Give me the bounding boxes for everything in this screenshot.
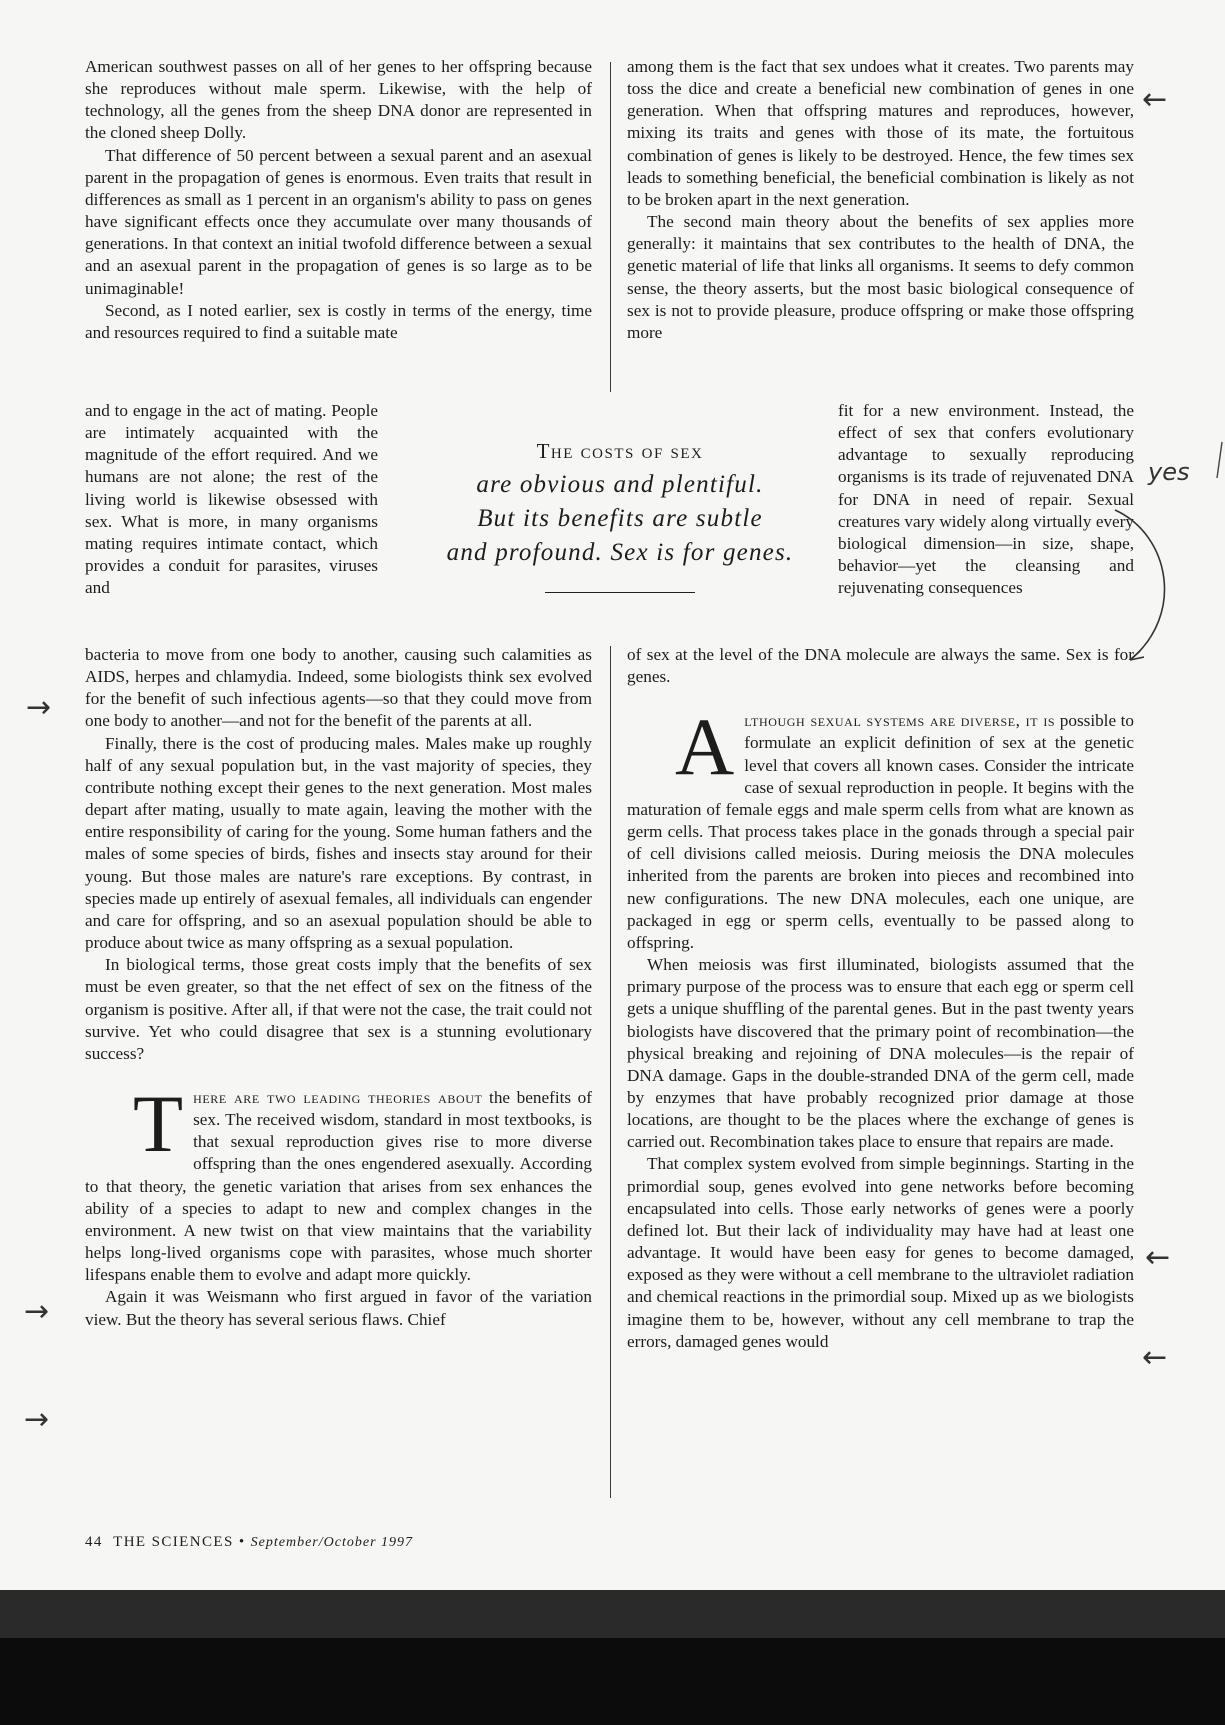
- paragraph: of sex at the level of the DNA molecule …: [627, 644, 1134, 688]
- paragraph: American southwest passes on all of her …: [85, 56, 592, 145]
- pull-quote-line: But its benefits are subtle: [400, 502, 840, 536]
- pull-quote-line: and profound. Sex is for genes.: [400, 536, 840, 570]
- handwritten-arrow-icon: ←: [1142, 1340, 1167, 1375]
- paragraph: Finally, there is the cost of producing …: [85, 733, 592, 955]
- left-column-top: American southwest passes on all of her …: [85, 56, 592, 344]
- pull-quote-rule: [545, 592, 695, 593]
- handwritten-mark-icon: [1214, 440, 1224, 480]
- paragraph: When meiosis was first illuminated, biol…: [627, 954, 1134, 1153]
- section-opening: Although sexual systems are diverse, it …: [627, 710, 1134, 954]
- right-column-wrap: fit for a new environment. Instead, the …: [838, 400, 1134, 599]
- paragraph: In biological terms, those great costs i…: [85, 954, 592, 1065]
- handwritten-arrow-icon: →: [26, 690, 51, 725]
- column-divider: [610, 646, 611, 1498]
- right-column-top: among them is the fact that sex undoes w…: [627, 56, 1134, 344]
- section-lead-smallcaps: lthough sexual systems are diverse, it i…: [744, 711, 1055, 730]
- scanner-edge-band: [0, 1590, 1225, 1638]
- drop-cap: T: [133, 1091, 183, 1157]
- handwritten-curve-arrow-icon: [1110, 505, 1180, 665]
- issue-date: September/October 1997: [251, 1535, 413, 1550]
- magazine-name: THE SCIENCES: [113, 1534, 234, 1550]
- pull-quote: The costs of sex are obvious and plentif…: [400, 434, 840, 593]
- paragraph: among them is the fact that sex undoes w…: [627, 56, 1134, 211]
- section-lead-smallcaps: here are two leading theories about: [193, 1088, 482, 1107]
- paragraph: That complex system evolved from simple …: [627, 1153, 1134, 1352]
- page-footer: 44 THE SCIENCES • September/October 1997: [85, 1534, 413, 1551]
- paragraph: bacteria to move from one body to anothe…: [85, 644, 592, 733]
- left-column-bottom: bacteria to move from one body to anothe…: [85, 644, 592, 1331]
- handwritten-arrow-icon: ←: [1142, 82, 1167, 117]
- section-opening: There are two leading theories about the…: [85, 1087, 592, 1286]
- paragraph-fragment: and to engage in the act of mating. Peop…: [85, 401, 378, 597]
- right-column-bottom: of sex at the level of the DNA molecule …: [627, 644, 1134, 1353]
- pull-quote-line: are obvious and plentiful.: [400, 468, 840, 502]
- paragraph-fragment: fit for a new environment. Instead, the …: [838, 401, 1134, 597]
- paragraph: That difference of 50 percent between a …: [85, 145, 592, 300]
- handwritten-arrow-icon: ←: [1145, 1240, 1170, 1275]
- scanned-page: American southwest passes on all of her …: [0, 0, 1225, 1590]
- left-column-wrap: and to engage in the act of mating. Peop…: [85, 400, 378, 599]
- handwritten-arrow-icon: →: [24, 1294, 49, 1329]
- handwritten-arrow-icon: →: [24, 1402, 49, 1437]
- drop-cap: A: [675, 714, 734, 780]
- pull-quote-lead: The costs of sex: [400, 434, 840, 468]
- handwritten-note: yes: [1148, 458, 1189, 486]
- scanner-black-border: [0, 1638, 1225, 1725]
- column-divider: [610, 62, 611, 392]
- paragraph: Again it was Weismann who first argued i…: [85, 1286, 592, 1330]
- page-number: 44: [85, 1534, 103, 1550]
- paragraph: The second main theory about the benefit…: [627, 211, 1134, 344]
- footer-separator: •: [239, 1534, 246, 1550]
- paragraph: Second, as I noted earlier, sex is costl…: [85, 300, 592, 344]
